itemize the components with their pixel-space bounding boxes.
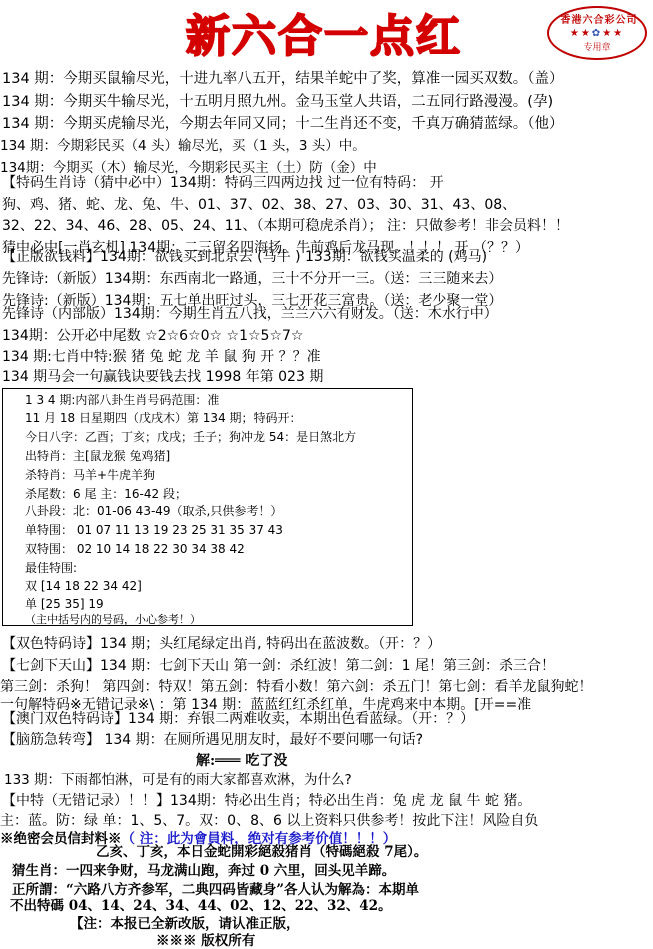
box-line: （主中括号内的号码，小心参考！）	[25, 611, 201, 628]
text-line: 【七剑下天山】134 期：七剑下天山 第一剑：杀红波！第二剑：1 尾！第三剑：杀…	[2, 655, 555, 677]
text-line: 32、22、34、46、28、05、24、11、（本期可稳虎杀肖）； 注：只做参…	[2, 215, 569, 237]
copyright-line: ※※※ 版权所有	[156, 930, 255, 949]
flower-emblem-icon: ✿	[592, 28, 602, 39]
text-line: 134 期：今期买牛输尽光，十五明月照九州。金马玉堂人共语，二五同行路漫漫。(孕…	[2, 91, 553, 113]
header: 新六合一点红 香港六合彩公司 ★★✿★★ 专用章	[0, 0, 653, 66]
text-line: 134 期：今期买虎输尽光，今期去年同又同；十二生肖还不变，千真万确猜蓝绿。（他…	[2, 113, 564, 135]
box-line: 双特围： 02 10 14 18 22 30 34 38 42	[25, 541, 245, 558]
text-line: 先锋诗（内部版）134期：今期生肖五八找，兰兰六六有财发。（送：木水行中）	[2, 303, 498, 325]
text-line: 【澳门双色特码诗】134 期：弃银二两难收卖，本期出色看蓝绿。（开：？）	[2, 708, 474, 730]
box-line: 双 [14 18 22 34 42]	[25, 578, 142, 595]
text-line: 【正版欲钱料】134期：欲钱买到北京去 (马牛 ) 133期：欲钱买温柔的 (鸡…	[2, 246, 487, 268]
text-line: 134 期马会一句赢钱诀要钱去找 1998 年第 023 期	[2, 366, 323, 388]
bagua-info-box: 1 3 4 期:内部八卦生肖号码范围：准 11 月 18 日星期四（戊戌木）第 …	[2, 388, 413, 626]
page-title: 新六合一点红	[186, 12, 458, 62]
text-line: 【中特（无错记录）！！】134期：特必出生肖；特必出生肖：兔 虎 龙 鼠 牛 蛇…	[2, 790, 531, 812]
box-line: 单特围： 01 07 11 13 19 23 25 31 35 37 43	[25, 522, 283, 539]
text-line: 【特码生肖诗（猜中必中）134期：特码三四两边找 过一位有特码： 开	[2, 172, 444, 194]
stamp-label: 专用章	[549, 42, 645, 54]
stamp-stars-row: ★★✿★★	[549, 28, 645, 40]
text-line: 134 期：今期彩民买（4 头）输尽光，买（1 头，3 头）中。	[0, 135, 366, 157]
text-line: 134 期：今期买鼠输尽光，十进九率八五开，结果羊蛇中了奖，算准一园买双数。（盖…	[2, 68, 564, 90]
text-line: 134 期:七肖中特:猴 猪 兔 蛇 龙 羊 鼠 狗 开 ？？准	[2, 346, 321, 368]
stamp-company-name: 香港六合彩公司	[557, 15, 641, 27]
text-line: 狗、鸡、猪、蛇、龙、兔、牛、01、37、02、38、27、03、30、31、43…	[2, 194, 516, 216]
text-line: 先锋诗:（新版）134期：东西南北一路通，三十不分开一三。（送：三三随来去）	[2, 268, 502, 290]
text-line: 134期：公开必中尾数 ☆2☆6☆0☆ ☆1☆5☆7☆	[2, 325, 303, 347]
box-line: 杀特肖：马羊+牛虎羊狗	[25, 467, 155, 484]
box-line: 八卦段：北：01-06 43-49（取杀,只供参考！）	[25, 503, 282, 520]
text-line: 133 期：下雨都怕淋，可是有的雨大家都喜欢淋，为什么?	[4, 769, 352, 791]
box-line: 1 3 4 期:内部八卦生肖号码范围：准	[25, 392, 219, 409]
company-seal-stamp: 香港六合彩公司 ★★✿★★ 专用章	[547, 6, 647, 60]
box-line: 出特肖：主[鼠龙猴 兔鸡猪]	[25, 448, 170, 465]
text-line: 【脑筋急转弯】 134 期：在厕所遇见朋友时，最好不要问哪一句话?	[2, 729, 423, 751]
box-line: 杀尾数：6 尾 主：16-42 段；	[25, 486, 187, 503]
box-line: 11 月 18 日星期四（戊戌木）第 134 期；特码开：	[25, 410, 302, 427]
box-line: 最佳特围:	[25, 560, 77, 577]
box-line: 今日八字：乙酉；丁亥；戊戌；壬子；狗冲龙 54：是日煞北方	[25, 429, 356, 446]
text-line: 【双色特码诗】134 期；头红尾绿定出肖, 特码出在蓝波数。（开：？）	[2, 633, 441, 655]
star-icon: ★★	[602, 28, 624, 39]
star-icon: ★★	[570, 28, 592, 39]
